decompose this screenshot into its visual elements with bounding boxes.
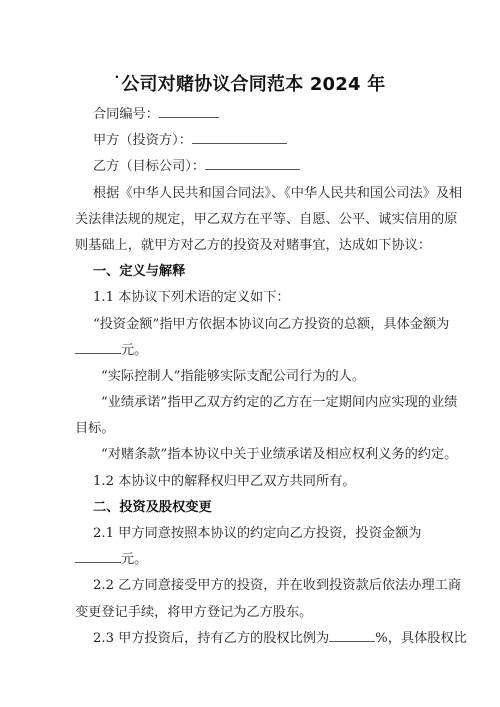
equity-ratio-blank: [329, 627, 375, 642]
clause-2-3: 2.3 甲方投资后，持有乙方的股权比例为%，具体股权比: [75, 626, 427, 652]
definition-controller: “实际控制人”指能够实际支配公司行为的人。: [75, 364, 427, 390]
document-title: ·公司对赌协议合同范本 2024 年: [0, 70, 500, 96]
title-text: 公司对赌协议合同范本 2024 年: [121, 74, 385, 95]
investment-amount-blank: [75, 548, 121, 563]
field-label: 乙方（目标公司）：: [93, 159, 205, 174]
preamble-line: 关法律法规的规定，甲乙双方在平等、自愿、公平、诚实信用的原: [75, 207, 427, 233]
clause-2-2: 2.2 乙方同意接受甲方的投资，并在收到投资款后依法办理工商: [75, 573, 427, 599]
preamble-line: 根据《中华人民共和国合同法》、《中华人民共和国公司法》及相: [75, 181, 427, 207]
section-heading: 一、定义与解释: [75, 259, 427, 285]
clause-2-2-cont: 变更登记手续，将甲方登记为乙方股东。: [75, 600, 427, 626]
clause-1-1: 1.1 本协议下列术语的定义如下：: [75, 285, 427, 311]
field-label: 甲方（投资方）：: [93, 133, 192, 148]
unit-label: 元。: [121, 343, 147, 358]
contract-number-blank: [159, 103, 219, 118]
definition-vam: “对赌条款”指本协议中关于业绩承诺及相应权利义务的约定。: [75, 442, 427, 468]
clause-2-1: 2.1 甲方同意按照本协议的约定向乙方投资，投资金额为: [75, 521, 427, 547]
party-b-field: 乙方（目标公司）：: [75, 154, 427, 180]
unit-label: 元。: [121, 552, 147, 567]
preamble-line: 则基础上，就甲方对乙方的投资及对赌事宜，达成如下协议：: [75, 233, 427, 259]
definition-performance-cont: 目标。: [75, 416, 427, 442]
title-mark: ·: [115, 70, 120, 84]
investment-amount-line: 元。: [75, 338, 427, 364]
investment-amount-blank: [75, 339, 121, 354]
clause-1-2: 1.2 本协议中的解释权归甲乙双方共同所有。: [75, 469, 427, 495]
party-a-field: 甲方（投资方）：: [75, 128, 427, 154]
party-b-blank: [205, 155, 300, 170]
document-body: 合同编号： 甲方（投资方）： 乙方（目标公司）： 根据《中华人民共和国合同法》、…: [75, 102, 427, 652]
definition-investment: “投资金额”指甲方依据本协议向乙方投资的总额，具体金额为: [75, 312, 427, 338]
contract-number-field: 合同编号：: [75, 102, 427, 128]
section-heading: 二、投资及股权变更: [75, 495, 427, 521]
clause-text: %，具体股权比: [375, 631, 467, 646]
definition-performance: “业绩承诺”指甲乙双方约定的乙方在一定期间内应实现的业绩: [75, 390, 427, 416]
document-page: ·公司对赌协议合同范本 2024 年 合同编号： 甲方（投资方）： 乙方（目标公…: [0, 0, 500, 707]
field-label: 合同编号：: [93, 107, 159, 122]
investment-amount-line: 元。: [75, 547, 427, 573]
clause-text: 2.3 甲方投资后，持有乙方的股权比例为: [93, 631, 329, 646]
party-a-blank: [192, 129, 287, 144]
